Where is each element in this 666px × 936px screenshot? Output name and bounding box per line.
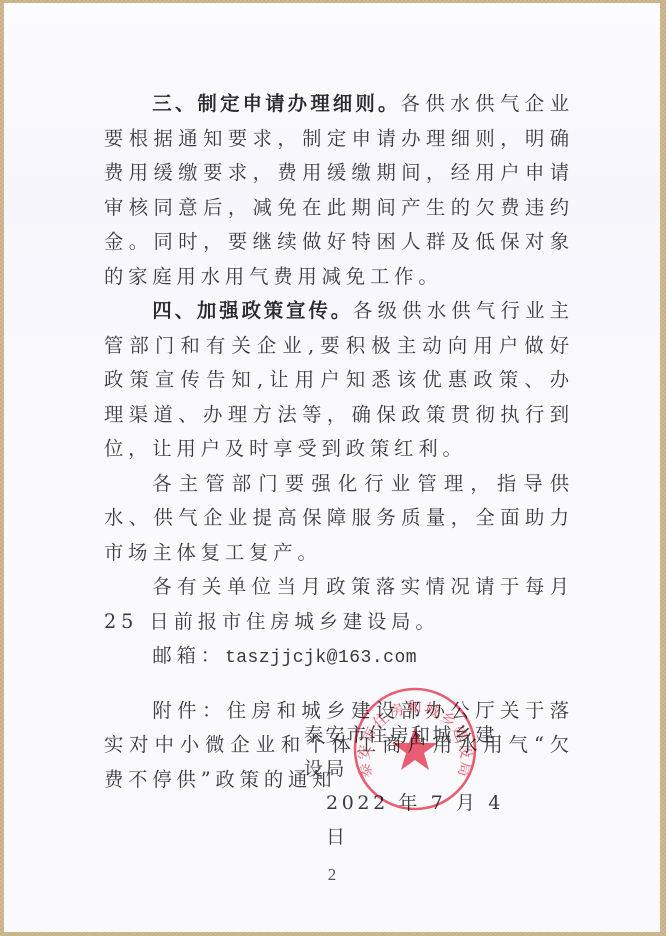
section-3-heading: 三、制定申请办理细则。 bbox=[152, 92, 400, 115]
paragraph-section-3: 三、制定申请办理细则。各供水供气企业要根据通知要求，制定申请办理细则，明确费用缓… bbox=[104, 87, 574, 294]
section-3-body: 各供水供气企业要根据通知要求，制定申请办理细则，明确费用缓缴要求，费用缓缴期间，… bbox=[104, 92, 574, 288]
email-line: 邮箱：taszjjcjk@163.com bbox=[104, 639, 574, 676]
section-4-body: 各级供水供气行业主管部门和有关企业,要积极主动向用户做好政策宣传告知,让用户知悉… bbox=[104, 299, 574, 460]
paragraph-management: 各主管部门要强化行业管理，指导供水、供气企业提高保障服务质量，全面助力市场主体复… bbox=[104, 467, 574, 571]
paragraph-section-4: 四、加强政策宣传。各级供水供气行业主管部门和有关企业,要积极主动向用户做好政策宣… bbox=[104, 294, 574, 467]
email-label: 邮箱： bbox=[152, 644, 225, 667]
reporting-body: 各有关单位当月政策落实情况请于每月 25 日前报市住房城乡建设局。 bbox=[104, 575, 574, 633]
page-number: 2 bbox=[4, 865, 660, 885]
management-body: 各主管部门要强化行业管理，指导供水、供气企业提高保障服务质量，全面助力市场主体复… bbox=[104, 472, 574, 564]
section-4-heading: 四、加强政策宣传。 bbox=[152, 299, 353, 322]
document-page: 三、制定申请办理细则。各供水供气企业要根据通知要求，制定申请办理细则，明确费用缓… bbox=[4, 3, 660, 932]
official-seal-icon: 泰安市住房和城乡建设局 bbox=[351, 685, 479, 813]
paragraph-reporting: 各有关单位当月政策落实情况请于每月 25 日前报市住房城乡建设局。 bbox=[104, 570, 574, 639]
email-address[interactable]: taszjjcjk@163.com bbox=[225, 648, 417, 668]
body-text: 三、制定申请办理细则。各供水供气企业要根据通知要求，制定申请办理细则，明确费用缓… bbox=[104, 87, 574, 797]
